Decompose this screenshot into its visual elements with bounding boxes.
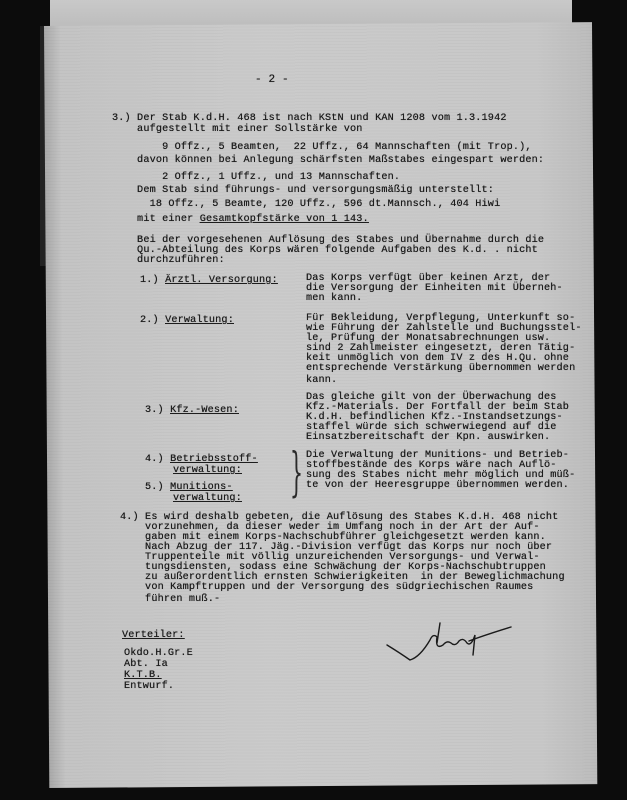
task45-text-4: te von der Heeresgruppe übernommen werde…: [306, 480, 569, 491]
distribution-heading: Verteiler:: [122, 630, 185, 641]
task5-label-2: verwaltung:: [173, 493, 242, 504]
distribution-item: Abt. Ia: [124, 659, 168, 670]
task4-title-1: Betriebsstoff-: [170, 454, 258, 465]
total-strength: Gesamtkopfstärke von 1 143.: [200, 214, 369, 225]
task2-text-6: entsprechende Verstärkung übernommen wer…: [306, 363, 575, 374]
task3-label: 3.) Kfz.-Wesen:: [145, 405, 239, 416]
task3-title: Kfz.-Wesen:: [170, 405, 239, 416]
section3-savings: 2 Offz., 1 Uffz., und 13 Mannschaften.: [112, 172, 400, 183]
section3-line6: Dem Stab sind führungs- und versorgungsm…: [112, 185, 494, 196]
task4-number: 4.): [145, 454, 164, 465]
section4-line8: von Kampftruppen und der Versorgung des …: [120, 582, 533, 593]
task2-text-7: kann.: [306, 375, 337, 386]
task3-text-5: Einsatzbereitschaft der Kpn. auswirken.: [306, 432, 550, 443]
task2-label: 2.) Verwaltung:: [140, 315, 234, 326]
distribution-item: Okdo.H.Gr.E: [124, 648, 193, 659]
task4-label: 4.) Betriebsstoff-: [145, 454, 258, 465]
task1-title: Ärztl. Versorgung:: [165, 275, 278, 286]
task4-title-2: verwaltung:: [173, 465, 242, 476]
brace-symbol: }: [290, 447, 303, 499]
task3-number: 3.): [145, 405, 164, 416]
section3-strength: 9 Offz., 5 Beamten, 22 Uffz., 64 Mannsch…: [112, 142, 532, 153]
task1-number: 1.): [140, 275, 159, 286]
task2-title: Verwaltung:: [165, 315, 234, 326]
task5-label: 5.) Munitions-: [145, 482, 233, 493]
signature: [385, 615, 515, 665]
section3-total: mit einer Gesamtkopfstärke von 1 143.: [112, 214, 369, 225]
section3-subordinates: 18 Offz., 5 Beamte, 120 Uffz., 596 dt.Ma…: [112, 199, 500, 210]
task5-number: 5.): [145, 482, 164, 493]
total-prefix: mit einer: [112, 214, 200, 225]
section4-line9: führen muß.-: [120, 594, 220, 605]
task2-number: 2.): [140, 315, 159, 326]
section3-line2: aufgestellt mit einer Sollstärke von: [112, 124, 363, 135]
section3-line4: davon können bei Anlegung schärfsten Maß…: [112, 155, 544, 166]
distribution-item: K.T.B.: [124, 670, 162, 681]
task4-label-2: verwaltung:: [173, 465, 242, 476]
task5-title-1: Munitions-: [170, 482, 233, 493]
task5-title-2: verwaltung:: [173, 493, 242, 504]
task1-label: 1.) Ärztl. Versorgung:: [140, 275, 278, 286]
section3-line1: 3.) Der Stab K.d.H. 468 ist nach KStN un…: [112, 113, 507, 124]
task1-text-3: men kann.: [306, 293, 362, 304]
distribution-item: Entwurf.: [124, 681, 174, 692]
page-number: - 2 -: [255, 75, 289, 86]
section3-line11: durchzuführen:: [112, 255, 225, 266]
